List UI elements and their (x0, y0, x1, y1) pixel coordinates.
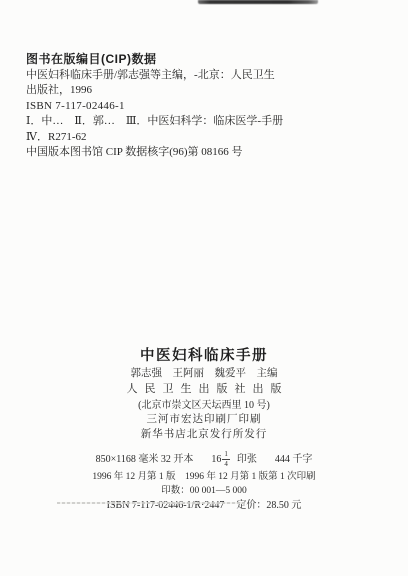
publisher-address: (北京市崇文区天坛西里 10 号) (0, 396, 408, 411)
authors-line: 郭志强 王阿丽 魏爱平 主编 (0, 365, 408, 380)
cip-publisher-line: 出版社，1996 (26, 83, 388, 99)
sheet-count-label: 印张 (237, 454, 257, 465)
sheet-count-int: 16 (211, 454, 221, 465)
cip-heading: 图书在版编目(CIP)数据 (26, 52, 388, 68)
scan-artifact-bar (198, 0, 318, 4)
sheet-count-fraction: 14 (222, 451, 230, 468)
distributor-line: 新华书店北京发行所发行 (0, 426, 408, 441)
cip-classification-line: Ⅰ．中… Ⅱ．郭… Ⅲ．中医妇科学：临床医学-手册 (26, 114, 388, 130)
cip-title-line: 中医妇科临床手册/郭志强等主编，-北京：人民卫生 (26, 68, 388, 84)
publisher-line: 人民卫生出版社出版 (0, 380, 408, 396)
word-count: 444 千字 (275, 454, 313, 465)
price: 定价：28.50 元 (236, 500, 301, 511)
cip-record-number: 中国版本图书馆 CIP 数据核字(96)第 08166 号 (26, 145, 388, 161)
printer-line: 三河市宏达印刷厂印刷 (0, 411, 408, 426)
sheet-format: 850×1168 毫米 32 开本 (96, 454, 194, 465)
scan-artifact-line (57, 502, 245, 504)
format-line: 850×1168 毫米 32 开本1614印张444 千字 (0, 450, 408, 468)
title-imprint-block: 中医妇科临床手册 郭志强 王阿丽 魏爱平 主编 人民卫生出版社出版 (北京市崇文… (0, 344, 408, 441)
cip-classification-code: Ⅳ．R271-62 (26, 130, 388, 146)
cip-isbn: ISBN 7-117-02446-1 (26, 99, 388, 115)
print-run-line: 印数：00 001—5 000 (0, 482, 408, 496)
cip-block: 图书在版编目(CIP)数据 中医妇科临床手册/郭志强等主编，-北京：人民卫生 出… (26, 52, 388, 161)
edition-line: 1996 年 12 月第 1 版 1996 年 12 月第 1 版第 1 次印刷 (0, 468, 408, 482)
book-copyright-page: 图书在版编目(CIP)数据 中医妇科临床手册/郭志强等主编，-北京：人民卫生 出… (0, 0, 408, 576)
isbn-price-line: ISBN 7-117-02446-1/R·2447定价：28.50 元 (0, 496, 408, 511)
book-title: 中医妇科临床手册 (0, 344, 408, 365)
